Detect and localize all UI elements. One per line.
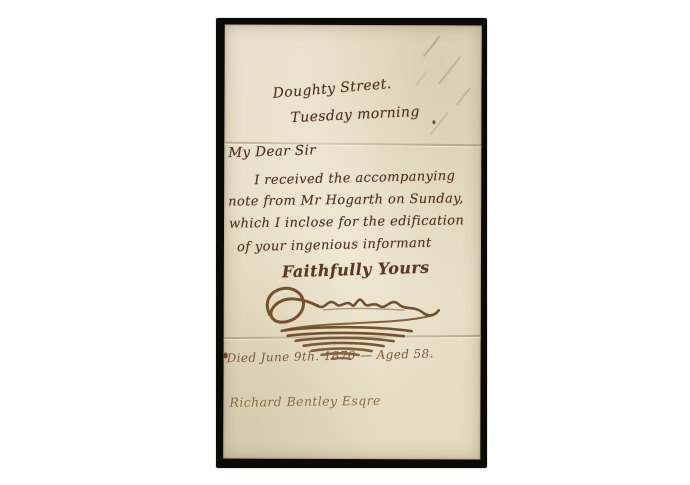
letter-heading-address: Doughty Street.	[272, 76, 392, 102]
letter-body-line: I received the accompanying	[254, 169, 455, 189]
ink-speck	[432, 120, 435, 124]
letter-body-line: note from Mr Hogarth on Sunday,	[228, 191, 464, 209]
photograph-canvas: { "artifact": { "type": "handwritten-let…	[0, 0, 690, 485]
ink-showthrough-mark	[438, 56, 461, 84]
black-mat-frame: Doughty Street. Tuesday morning My Dear …	[216, 18, 487, 468]
letter-body-line: which I inclose for the edification	[229, 213, 464, 231]
letter-salutation: My Dear Sir	[228, 142, 316, 161]
ink-showthrough-mark	[456, 87, 471, 106]
letter-body-line: of your ingenious informant	[237, 236, 432, 255]
letter-paper: Doughty Street. Tuesday morning My Dear …	[223, 25, 482, 460]
letter-heading-date: Tuesday morning	[290, 104, 420, 126]
letter-valediction: Faithfully Yours	[282, 258, 430, 282]
ink-showthrough-mark	[415, 71, 428, 86]
docket-addressee: Richard Bentley Esqre	[229, 393, 380, 410]
ink-showthrough-mark	[423, 35, 441, 57]
